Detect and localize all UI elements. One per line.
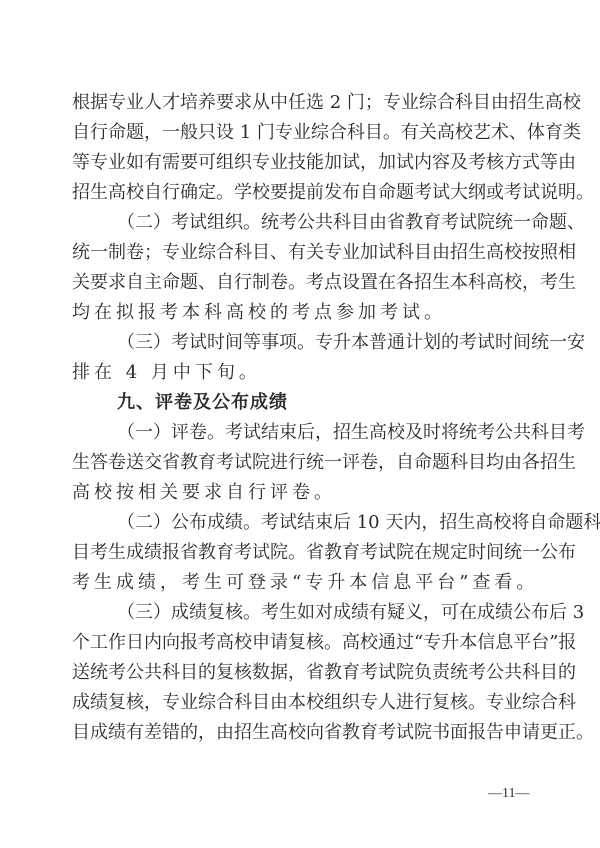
paragraph-line: 关要求自主命题、自行制卷。考点设置在各招生本科高校，考生 [72,268,528,298]
paragraph-line: 考生成绩，考生可登录“专升本信息平台”查看。 [72,568,528,598]
paragraph-line-grading: （一）评卷。考试结束后，招生高校及时将统考公共科目考 [72,418,528,448]
paragraph-line: 根据专业人才培养要求从中任选 2 门；专业综合科目由招生高校 [72,88,528,118]
paragraph-line-score-review: （三）成绩复核。考生如对成绩有疑义，可在成绩公布后 3 [72,598,528,628]
paragraph-line: 目考生成绩报省教育考试院。省教育考试院在规定时间统一公布 [72,538,528,568]
paragraph-line: 生答卷送交省教育考试院进行统一评卷，自命题科目均由各招生 [72,448,528,478]
paragraph-line-publish-scores: （二）公布成绩。考试结束后 10 天内，招生高校将自命题科 [72,508,528,538]
paragraph-line: 目成绩有差错的，由招生高校向省教育考试院书面报告申请更正。 [72,718,528,748]
paragraph-line: 自行命题，一般只设 1 门专业综合科目。有关高校艺术、体育类 [72,118,528,148]
paragraph-line: 等专业如有需要可组织专业技能加试，加试内容及考核方式等由 [72,148,528,178]
paragraph-line: 送统考公共科目的复核数据，省教育考试院负责统考公共科目的 [72,658,528,688]
paragraph-line: 均在拟报考本科高校的考点参加考试。 [72,298,528,328]
paragraph-line: 排在 4 月中下旬。 [72,358,528,388]
section-heading: 九、评卷及公布成绩 [72,388,528,418]
paragraph-line: 招生高校自行确定。学校要提前发布自命题考试大纲或考试说明。 [72,178,528,208]
paragraph-line: 高校按相关要求自行评卷。 [72,478,528,508]
paragraph-line-exam-organization: （二）考试组织。统考公共科目由省教育考试院统一命题、 [72,208,528,238]
paragraph-line: 个工作日内向报考高校申请复核。高校通过“专升本信息平台”报 [72,628,528,658]
paragraph-line: 统一制卷；专业综合科目、有关专业加试科目由招生高校按照相 [72,238,528,268]
paragraph-line-exam-time: （三）考试时间等事项。专升本普通计划的考试时间统一安 [72,328,528,358]
page-number: —11— [488,786,529,802]
document-page: 根据专业人才培养要求从中任选 2 门；专业综合科目由招生高校 自行命题，一般只设… [72,88,528,748]
paragraph-line: 成绩复核，专业综合科目由本校组织专人进行复核。专业综合科 [72,688,528,718]
